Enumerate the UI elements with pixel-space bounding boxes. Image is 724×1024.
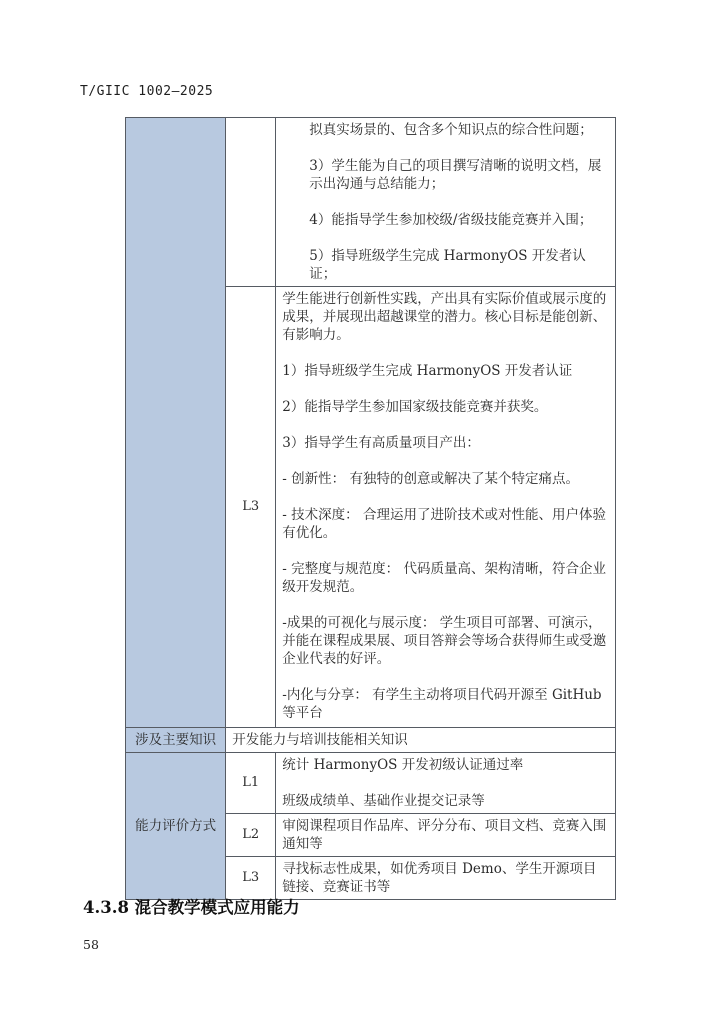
capability-label-cell-empty [126,118,226,728]
evaluation-label-cell: 能力评价方式 [126,753,226,900]
criteria-paragraph: 2）能指导学生参加国家级技能竞赛并获奖。 [282,398,609,416]
page-number: 58 [83,937,99,952]
criteria-paragraph: -成果的可视化与展示度： 学生项目可部署、可演示，并能在课程成果展、项目答辩会等… [282,614,609,668]
level-cell-l2: L2 [226,814,276,857]
criteria-paragraph: 3）学生能为自己的项目撰写清晰的说明文档，展示出沟通与总结能力； [309,157,609,193]
evidence-cell-l1: 统计 HarmonyOS 开发初级认证通过率 班级成绩单、基础作业提交记录等 [276,753,616,814]
criteria-cell-l3: 学生能进行创新性实践，产出具有实际价值或展示度的成果，并展现出超越课堂的潜力。核… [276,287,616,728]
criteria-paragraph: 学生能进行创新性实践，产出具有实际价值或展示度的成果，并展现出超越课堂的潜力。核… [282,290,609,344]
criteria-paragraph: 3）指导学生有高质量项目产出： [282,434,609,452]
table-row-knowledge: 涉及主要知识 开发能力与培训技能相关知识 [126,728,616,753]
knowledge-value-cell: 开发能力与培训技能相关知识 [226,728,616,753]
table-row-evaluation-l1: 能力评价方式 L1 统计 HarmonyOS 开发初级认证通过率 班级成绩单、基… [126,753,616,814]
knowledge-label-cell: 涉及主要知识 [126,728,226,753]
evidence-paragraph: 统计 HarmonyOS 开发初级认证通过率 [282,756,609,774]
criteria-paragraph: 4）能指导学生参加校级/省级技能竞赛并入围； [309,211,609,229]
evidence-cell-l3: 寻找标志性成果，如优秀项目 Demo、学生开源项目链接、竞赛证书等 [276,857,616,900]
table-row-continuation: 拟真实场景的、包含多个知识点的综合性问题； 3）学生能为自己的项目撰写清晰的说明… [126,118,616,287]
criteria-paragraph: - 创新性： 有独特的创意或解决了某个特定痛点。 [282,470,609,488]
level-cell-l3: L3 [226,287,276,728]
criteria-paragraph: -内化与分享： 有学生主动将项目代码开源至 GitHub 等平台 [282,686,609,722]
criteria-paragraph: 5）指导班级学生完成 HarmonyOS 开发者认证； [309,247,609,283]
criteria-paragraph: 1）指导班级学生完成 HarmonyOS 开发者认证 [282,362,609,380]
evidence-cell-l2: 审阅课程项目作品库、评分分布、项目文档、竞赛入围通知等 [276,814,616,857]
criteria-paragraph: - 完整度与规范度： 代码质量高、架构清晰，符合企业级开发规范。 [282,560,609,596]
criteria-cell-continuation: 拟真实场景的、包含多个知识点的综合性问题； 3）学生能为自己的项目撰写清晰的说明… [276,118,616,287]
evidence-paragraph: 班级成绩单、基础作业提交记录等 [282,792,609,810]
competency-table: 拟真实场景的、包含多个知识点的综合性问题； 3）学生能为自己的项目撰写清晰的说明… [125,117,616,900]
doc-number: T/GIIC 1002—2025 [80,84,213,99]
criteria-paragraph: 拟真实场景的、包含多个知识点的综合性问题； [309,121,609,139]
level-cell-l1: L1 [226,753,276,814]
section-heading: 4.3.8 混合教学模式应用能力 [83,894,300,918]
level-cell-empty [226,118,276,287]
criteria-paragraph: - 技术深度： 合理运用了进阶技术或对性能、用户体验有优化。 [282,506,609,542]
